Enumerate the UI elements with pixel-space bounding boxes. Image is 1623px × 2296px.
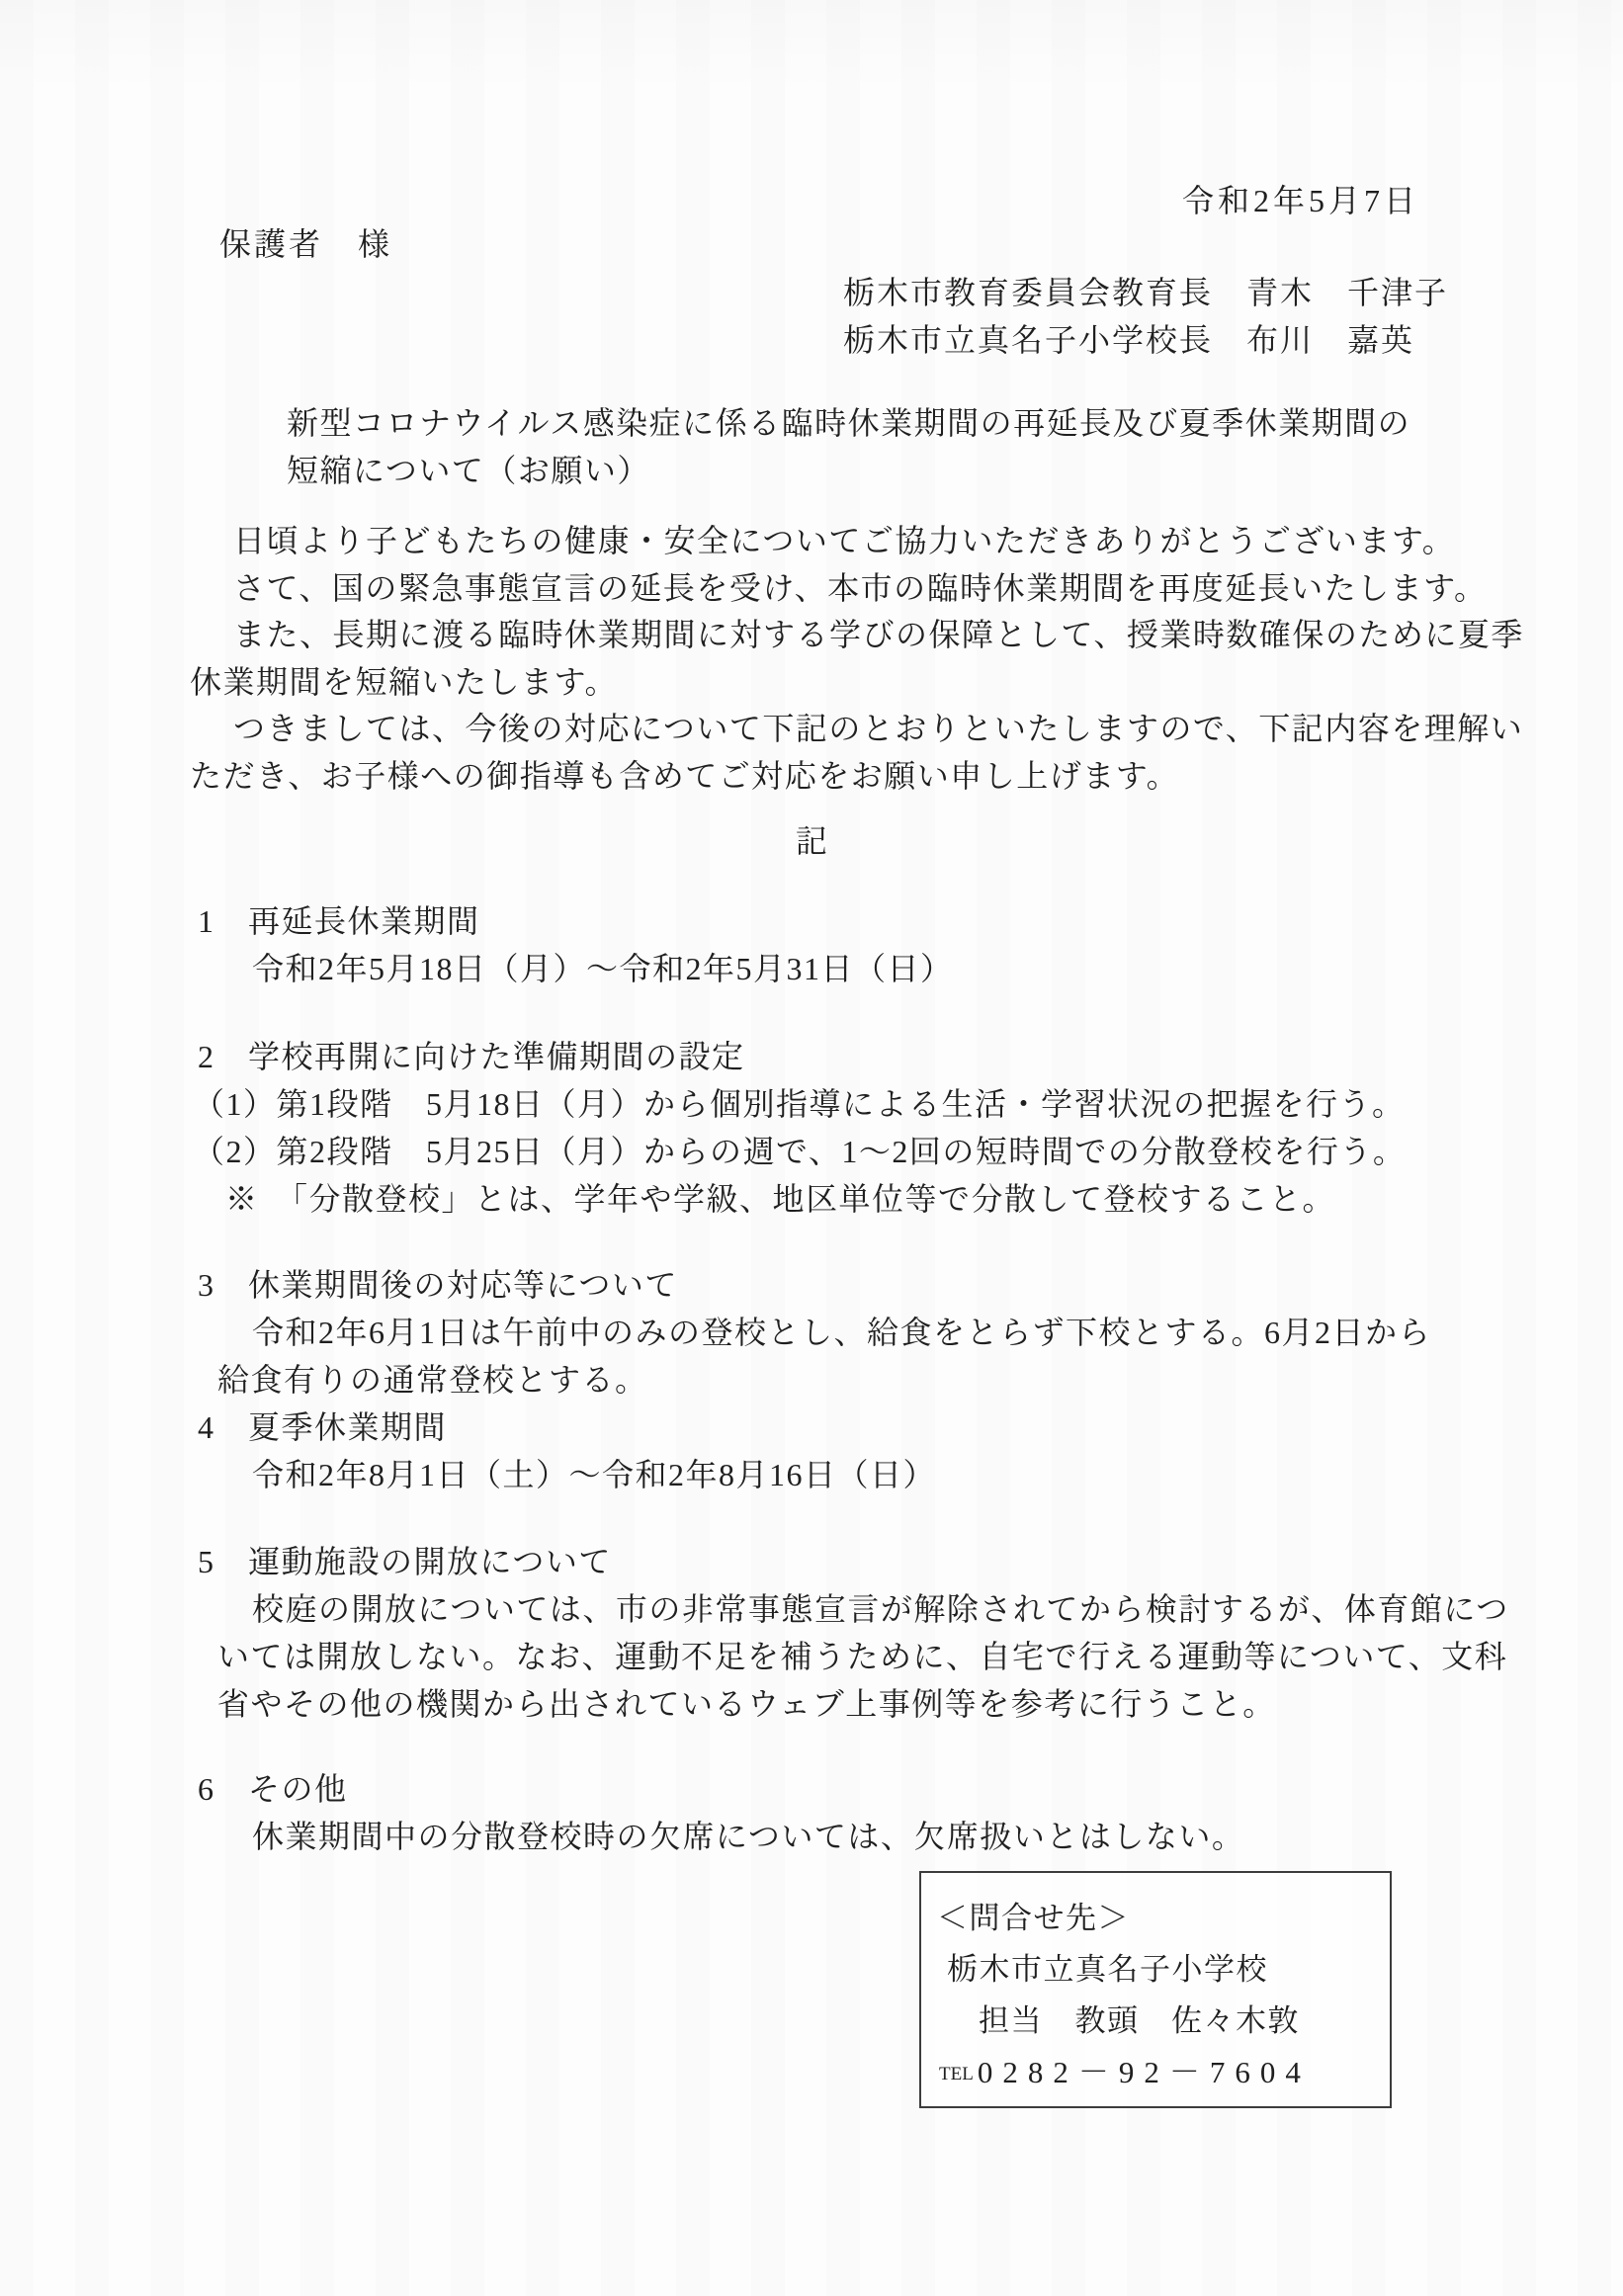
section-1-reextended-closure-period: 1 再延長休業期間 令和2年5月18日（月）～令和2年5月31日（日） xyxy=(148,897,1552,992)
sender-block: 栃木市教育委員会教育長 青木 千津子 栃木市立真名子小学校長 布川 嘉英 xyxy=(843,269,1448,364)
section-6-other: 6 その他 休業期間中の分散登校時の欠席については、欠席扱いとはしない。 xyxy=(148,1765,1552,1860)
section-line: 令和2年6月1日は午前中のみの登校とし、給食をとらず下校とする。6月2日から xyxy=(148,1309,1552,1356)
contact-person: 担当 教頭 佐々木敦 xyxy=(921,1996,1390,2047)
section-line: （1）第1段階 5月18日（月）から個別指導による生活・学習状況の把握を行う。 xyxy=(148,1080,1552,1128)
section-line: （2）第2段階 5月25日（月）からの週で、1～2回の短時間での分散登校を行う。 xyxy=(148,1128,1552,1175)
body-line: つきましては、今後の対応について下記のとおりといたしますので、下記内容を理解い xyxy=(190,706,1524,753)
sender-principal: 栃木市立真名子小学校長 布川 嘉英 xyxy=(843,316,1448,364)
section-line: いては開放しない。なお、運動不足を補うために、自宅で行える運動等について、文科 xyxy=(148,1633,1552,1680)
section-line: 省やその他の機関から出されているウェブ上事例等を参考に行うこと。 xyxy=(148,1680,1552,1728)
section-line: 校庭の開放については、市の非常事態宣言が解除されてから検討するが、体育館につ xyxy=(148,1585,1552,1633)
body-paragraphs: 日頃より子どもたちの健康・安全についてご協力いただきありがとうございます。 さて… xyxy=(190,518,1524,801)
body-line: さて、国の緊急事態宣言の延長を受け、本市の臨時休業期間を再度延長いたします。 xyxy=(190,565,1524,613)
tel-number: 0282－92－7604 xyxy=(978,2055,1311,2089)
sender-superintendent: 栃木市教育委員会教育長 青木 千津子 xyxy=(843,269,1448,316)
contact-school-name: 栃木市立真名子小学校 xyxy=(921,1944,1390,1996)
document-title-line-2: 短縮について（お願い） xyxy=(287,447,1410,494)
section-heading: 3 休業期間後の対応等について xyxy=(148,1261,1552,1309)
tel-label: TEL xyxy=(939,2049,974,2100)
section-line: 休業期間中の分散登校時の欠席については、欠席扱いとはしない。 xyxy=(148,1813,1552,1860)
body-line: ただき、お子様への御指導も含めてご対応をお願い申し上げます。 xyxy=(190,753,1524,801)
section-line: 給食有りの通常登校とする。 xyxy=(148,1356,1552,1403)
section-2-reopening-preparation: 2 学校再開に向けた準備期間の設定 （1）第1段階 5月18日（月）から個別指導… xyxy=(148,1033,1552,1223)
section-5-sports-facilities: 5 運動施設の開放について 校庭の開放については、市の非常事態宣言が解除されてか… xyxy=(148,1538,1552,1728)
body-line: 休業期間を短縮いたします。 xyxy=(190,659,1524,707)
record-marker: 記 xyxy=(0,816,1623,862)
section-heading: 6 その他 xyxy=(148,1765,1552,1813)
section-line: 令和2年8月1日（土）～令和2年8月16日（日） xyxy=(148,1451,1552,1498)
document-date: 令和2年5月7日 xyxy=(1182,176,1419,221)
document-page: 令和2年5月7日 保護者 様 栃木市教育委員会教育長 青木 千津子 栃木市立真名… xyxy=(0,0,1623,2296)
section-line: 令和2年5月18日（月）～令和2年5月31日（日） xyxy=(148,945,1552,992)
section-heading: 1 再延長休業期間 xyxy=(148,897,1552,945)
section-3-after-closure: 3 休業期間後の対応等について 令和2年6月1日は午前中のみの登校とし、給食をと… xyxy=(148,1261,1552,1403)
contact-info-box: ＜問合せ先＞ 栃木市立真名子小学校 担当 教頭 佐々木敦 TEL0282－92－… xyxy=(919,1871,1392,2108)
recipient-line: 保護者 様 xyxy=(219,219,392,265)
section-heading: 5 運動施設の開放について xyxy=(148,1538,1552,1585)
document-title-line-1: 新型コロナウイルス感染症に係る臨時休業期間の再延長及び夏季休業期間の xyxy=(287,399,1410,447)
body-line: また、長期に渡る臨時休業期間に対する学びの保障として、授業時数確保のために夏季 xyxy=(190,612,1524,659)
section-note-line: ※ 「分散登校」とは、学年や学級、地区単位等で分散して登校すること。 xyxy=(148,1175,1552,1223)
section-4-summer-break-period: 4 夏季休業期間 令和2年8月1日（土）～令和2年8月16日（日） xyxy=(148,1403,1552,1498)
document-title: 新型コロナウイルス感染症に係る臨時休業期間の再延長及び夏季休業期間の 短縮につい… xyxy=(287,399,1410,494)
contact-telephone: TEL0282－92－7604 xyxy=(921,2047,1390,2103)
contact-header: ＜問合せ先＞ xyxy=(921,1893,1390,1944)
body-line: 日頃より子どもたちの健康・安全についてご協力いただきありがとうございます。 xyxy=(190,518,1524,565)
section-heading: 2 学校再開に向けた準備期間の設定 xyxy=(148,1033,1552,1080)
section-heading: 4 夏季休業期間 xyxy=(148,1403,1552,1451)
